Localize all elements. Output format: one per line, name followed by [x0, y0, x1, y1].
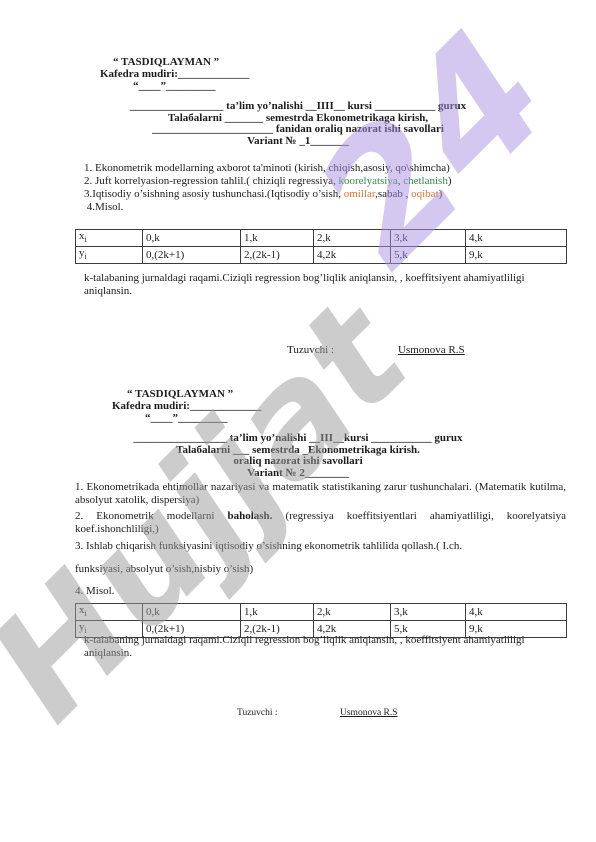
- q2-item4: 4. Misol.: [75, 585, 566, 598]
- date-line-1: “____”_________: [133, 80, 216, 92]
- table2-row-x: xi 0,k 1,k 2,k 3,k 4,k: [76, 604, 567, 621]
- q1-item2-term-1: koorelyatsiya: [338, 175, 397, 187]
- tuzuvchi-label-1: Tuzuvchi :: [287, 344, 334, 356]
- header2-subject-line: oraliq nazorat ishi savollari: [0, 456, 596, 468]
- task-note-1: k-talabaning jurnaldagi raqami.Ciziqli r…: [84, 272, 546, 298]
- table1-y-1: 2,(2k-1): [241, 247, 314, 264]
- q1-item3-close: ): [439, 188, 443, 200]
- q1-item3: 3.Iqtisodiy o’sishning asosiy tushunchas…: [84, 188, 452, 201]
- tuzuvchi-name-1: Usmonova R.S: [398, 344, 465, 356]
- table1-x-label: xi: [76, 230, 143, 247]
- table1-y-4: 9,k: [466, 247, 567, 264]
- kafedra-line-1: Kafedra mudiri:_____________: [100, 68, 249, 80]
- header1-variant-line: Variant № _1_______: [0, 136, 596, 148]
- q1-item2-term-2: chetlanish: [403, 175, 448, 187]
- table1-y-3: 5,k: [391, 247, 466, 264]
- y-subscript: i: [85, 252, 87, 261]
- table2-x-2: 2,k: [314, 604, 391, 621]
- table1-row-x: xi 0,k 1,k 2,k 3,k 4,k: [76, 230, 567, 247]
- table1-x-0: 0,k: [143, 230, 241, 247]
- table1-x-2: 2,k: [314, 230, 391, 247]
- table2-x-4: 4,k: [466, 604, 567, 621]
- data-table-1: xi 0,k 1,k 2,k 3,k 4,k yi 0,(2k+1) 2,(2k…: [75, 229, 567, 264]
- header-block-1: _________________ ta’lim yo’nalishi __II…: [0, 101, 596, 147]
- table1-x-4: 4,k: [466, 230, 567, 247]
- table2-x-0: 0,k: [143, 604, 241, 621]
- q2-item3-cont: funksiyasi, absolyut o’sish,nisbiy o’sis…: [75, 563, 566, 576]
- x-subscript: i: [85, 609, 87, 618]
- task-note-2: k-talabaning jurnaldagi raqami.Ciziqli r…: [84, 634, 546, 660]
- question-list-1: 1. Ekonometrik modellarning axborot ta'm…: [84, 162, 452, 214]
- table1-x-3: 3,k: [391, 230, 466, 247]
- q1-item3-text: 3.Iqtisodiy o’sishning asosiy tushunchas…: [84, 188, 344, 200]
- q1-item1: 1. Ekonometrik modellarning axborot ta'm…: [84, 162, 452, 175]
- table1-x-1: 1,k: [241, 230, 314, 247]
- q2-item2-text: 2. Ekonometrik modellarni: [75, 510, 227, 522]
- tuzuvchi-label-2: Tuzuvchi :: [237, 708, 278, 718]
- table1-row-y: yi 0,(2k+1) 2,(2k-1) 4,2k 5,k 9,k: [76, 247, 567, 264]
- x-subscript: i: [85, 235, 87, 244]
- q1-item3-term-2: oqibat: [411, 188, 439, 200]
- table2-x-label: xi: [76, 604, 143, 621]
- q2-item2-bold: baholash.: [227, 510, 272, 522]
- question-list-2: 1. Ekonometrikada ehtimollar nazariyasi …: [75, 481, 566, 598]
- header2-variant-line: Variant № 2________: [0, 468, 596, 480]
- document-page: “ TASDIQLAYMAN ” Kafedra mudiri:________…: [0, 0, 596, 842]
- approve-title-2: “ TASDIQLAYMAN ”: [127, 388, 233, 400]
- header-block-2: _________________ ta’lim yo’nalishi __II…: [0, 433, 596, 479]
- kafedra-line-2: Kafedra mudiri:_____________: [112, 400, 261, 412]
- q2-item2: 2. Ekonometrik modellarni baholash. (reg…: [75, 510, 566, 536]
- table1-y-0: 0,(2k+1): [143, 247, 241, 264]
- q1-item2-close: ): [448, 175, 452, 187]
- table2-x-1: 1,k: [241, 604, 314, 621]
- q1-item2-text: 2. Juft korrelyasion-regression tahlil.(…: [84, 175, 338, 187]
- header1-subject-line: ______________________ fanidan oraliq na…: [0, 124, 596, 136]
- q1-item4: 4.Misol.: [84, 201, 452, 214]
- table1-y-2: 4,2k: [314, 247, 391, 264]
- q1-item2: 2. Juft korrelyasion-regression tahlil.(…: [84, 175, 452, 188]
- date-line-2: “____”_________: [145, 412, 228, 424]
- header2-direction-line: _________________ ta’lim yo’nalishi __II…: [0, 433, 596, 445]
- q2-item3: 3. Ishlab chiqarish funksiyasini iqtisod…: [75, 540, 566, 553]
- approve-title-1: “ TASDIQLAYMAN ”: [113, 56, 219, 68]
- tuzuvchi-name-2: Usmonova R.S: [340, 708, 398, 718]
- q1-item3-term-1: omillar: [344, 188, 375, 200]
- table1-y-label: yi: [76, 247, 143, 264]
- q1-item3-sep: ,sabab ,: [375, 188, 411, 200]
- q2-item1: 1. Ekonometrikada ehtimollar nazariyasi …: [75, 481, 566, 507]
- header1-direction-line: _________________ ta’lim yo’nalishi __II…: [0, 101, 596, 113]
- table2-x-3: 3,k: [391, 604, 466, 621]
